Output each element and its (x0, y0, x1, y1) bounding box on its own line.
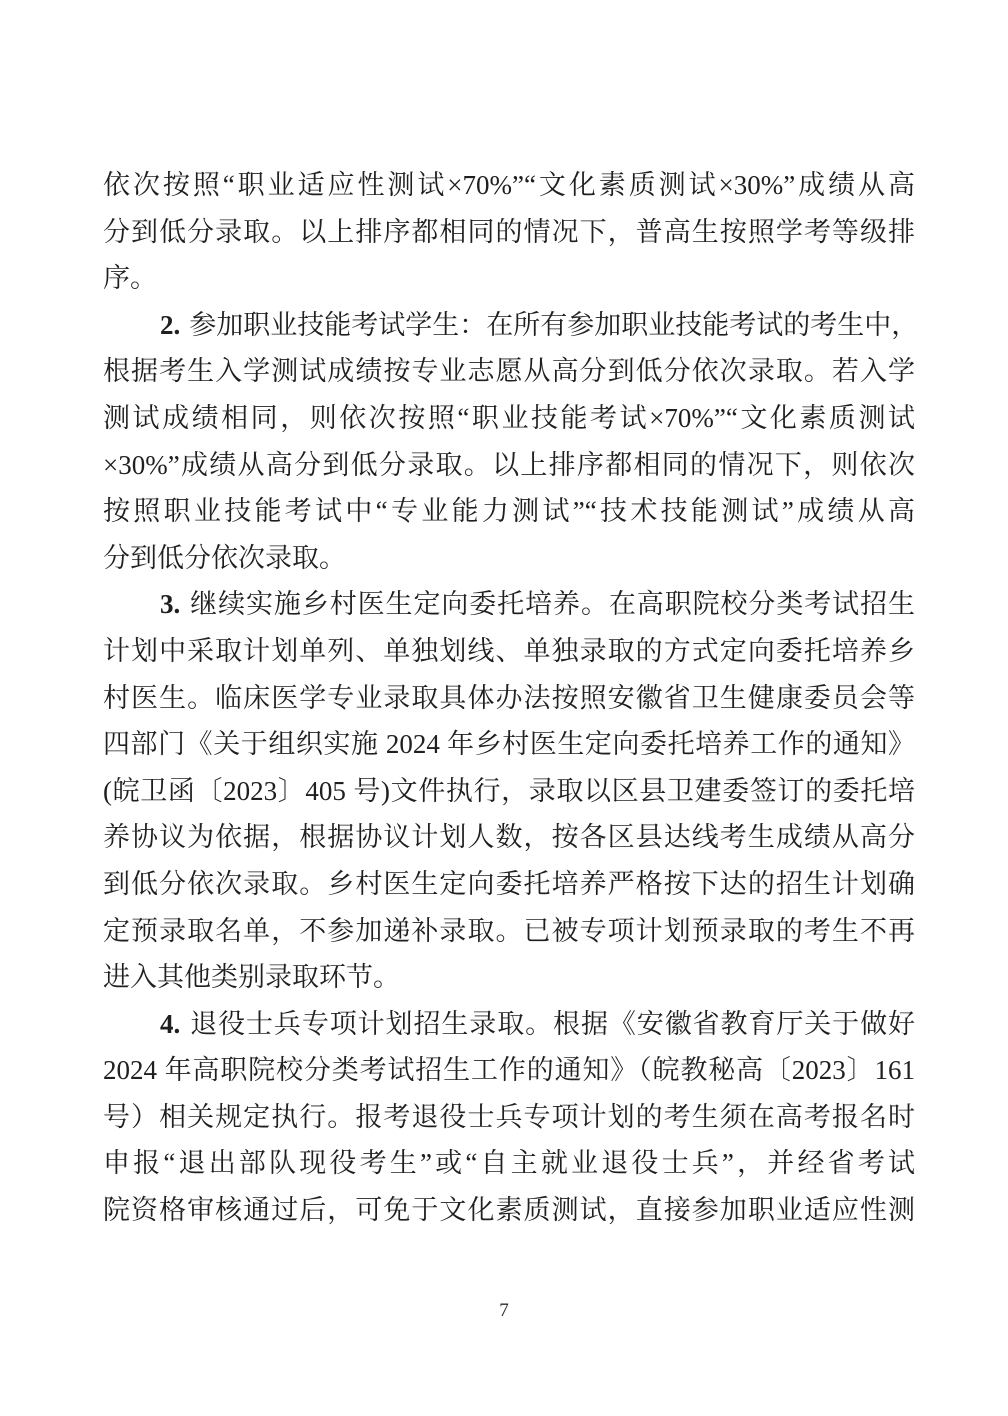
text-line: 根据考生入学测试成绩按专业志愿从高分到低分依次录取。若入学 (103, 348, 915, 395)
paragraph-number: 2. (160, 310, 180, 340)
paragraph-number: 3. (160, 589, 180, 619)
text-line: 测试成绩相同，则依次按照“职业技能考试×70%”“文化素质测试 (103, 395, 915, 442)
text-line: 按照职业技能考试中“专业能力测试”“技术技能测试”成绩从高 (103, 488, 915, 535)
text-line: 四部门《关于组织实施 2024 年乡村医生定向委托培养工作的通知》 (103, 721, 915, 768)
text-line: 申报“退出部队现役考生”或“自主就业退役士兵”，并经省考试 (103, 1140, 915, 1187)
text-line: 3.继续实施乡村医生定向委托培养。在高职院校分类考试招生 (103, 581, 915, 628)
text-line: 村医生。临床医学专业录取具体办法按照安徽省卫生健康委员会等 (103, 675, 915, 722)
text-span: 退役士兵专项计划招生录取。根据《安徽省教育厅关于做好 (189, 1009, 915, 1039)
text-line: ×30%”成绩从高分到低分录取。以上排序都相同的情况下，则依次 (103, 442, 915, 489)
document-page: { "page": { "background": "#ffffff", "te… (0, 0, 1008, 1416)
document-body: 依次按照“职业适应性测试×70%”“文化素质测试×30%”成绩从高 分到低分录取… (103, 162, 915, 1234)
text-line: 依次按照“职业适应性测试×70%”“文化素质测试×30%”成绩从高 (103, 162, 915, 209)
text-line: 到低分依次录取。乡村医生定向委托培养严格按下达的招生计划确 (103, 861, 915, 908)
text-line: 2.参加职业技能考试学生：在所有参加职业技能考试的考生中， (103, 302, 915, 349)
text-line: (皖卫函〔2023〕405 号)文件执行，录取以区县卫建委签订的委托培 (103, 768, 915, 815)
paragraph-number: 4. (160, 1009, 180, 1039)
text-line: 养协议为依据，根据协议计划人数，按各区县达线考生成绩从高分 (103, 814, 915, 861)
text-line: 号）相关规定执行。报考退役士兵专项计划的考生须在高考报名时 (103, 1094, 915, 1141)
text-line: 院资格审核通过后，可免于文化素质测试，直接参加职业适应性测 (103, 1187, 915, 1234)
page-number: 7 (0, 1300, 1008, 1322)
text-line: 4.退役士兵专项计划招生录取。根据《安徽省教育厅关于做好 (103, 1001, 915, 1048)
paragraph-1: 依次按照“职业适应性测试×70%”“文化素质测试×30%”成绩从高 分到低分录取… (103, 162, 915, 302)
text-line: 序。 (103, 255, 915, 302)
text-span: 参加职业技能考试学生：在所有参加职业技能考试的考生中， (189, 310, 918, 340)
text-line: 2024 年高职院校分类考试招生工作的通知》（皖教秘高〔2023〕161 (103, 1047, 915, 1094)
text-line: 定预录取名单，不参加递补录取。已被专项计划预录取的考生不再 (103, 908, 915, 955)
paragraph-4: 4.退役士兵专项计划招生录取。根据《安徽省教育厅关于做好 2024 年高职院校分… (103, 1001, 915, 1234)
paragraph-2: 2.参加职业技能考试学生：在所有参加职业技能考试的考生中， 根据考生入学测试成绩… (103, 302, 915, 582)
text-line: 分到低分依次录取。 (103, 535, 915, 582)
text-line: 计划中采取计划单列、单独划线、单独录取的方式定向委托培养乡 (103, 628, 915, 675)
text-line: 进入其他类别录取环节。 (103, 954, 915, 1001)
text-line: 分到低分录取。以上排序都相同的情况下，普高生按照学考等级排 (103, 209, 915, 256)
paragraph-3: 3.继续实施乡村医生定向委托培养。在高职院校分类考试招生 计划中采取计划单列、单… (103, 581, 915, 1000)
text-span: 继续实施乡村医生定向委托培养。在高职院校分类考试招生 (189, 589, 915, 619)
